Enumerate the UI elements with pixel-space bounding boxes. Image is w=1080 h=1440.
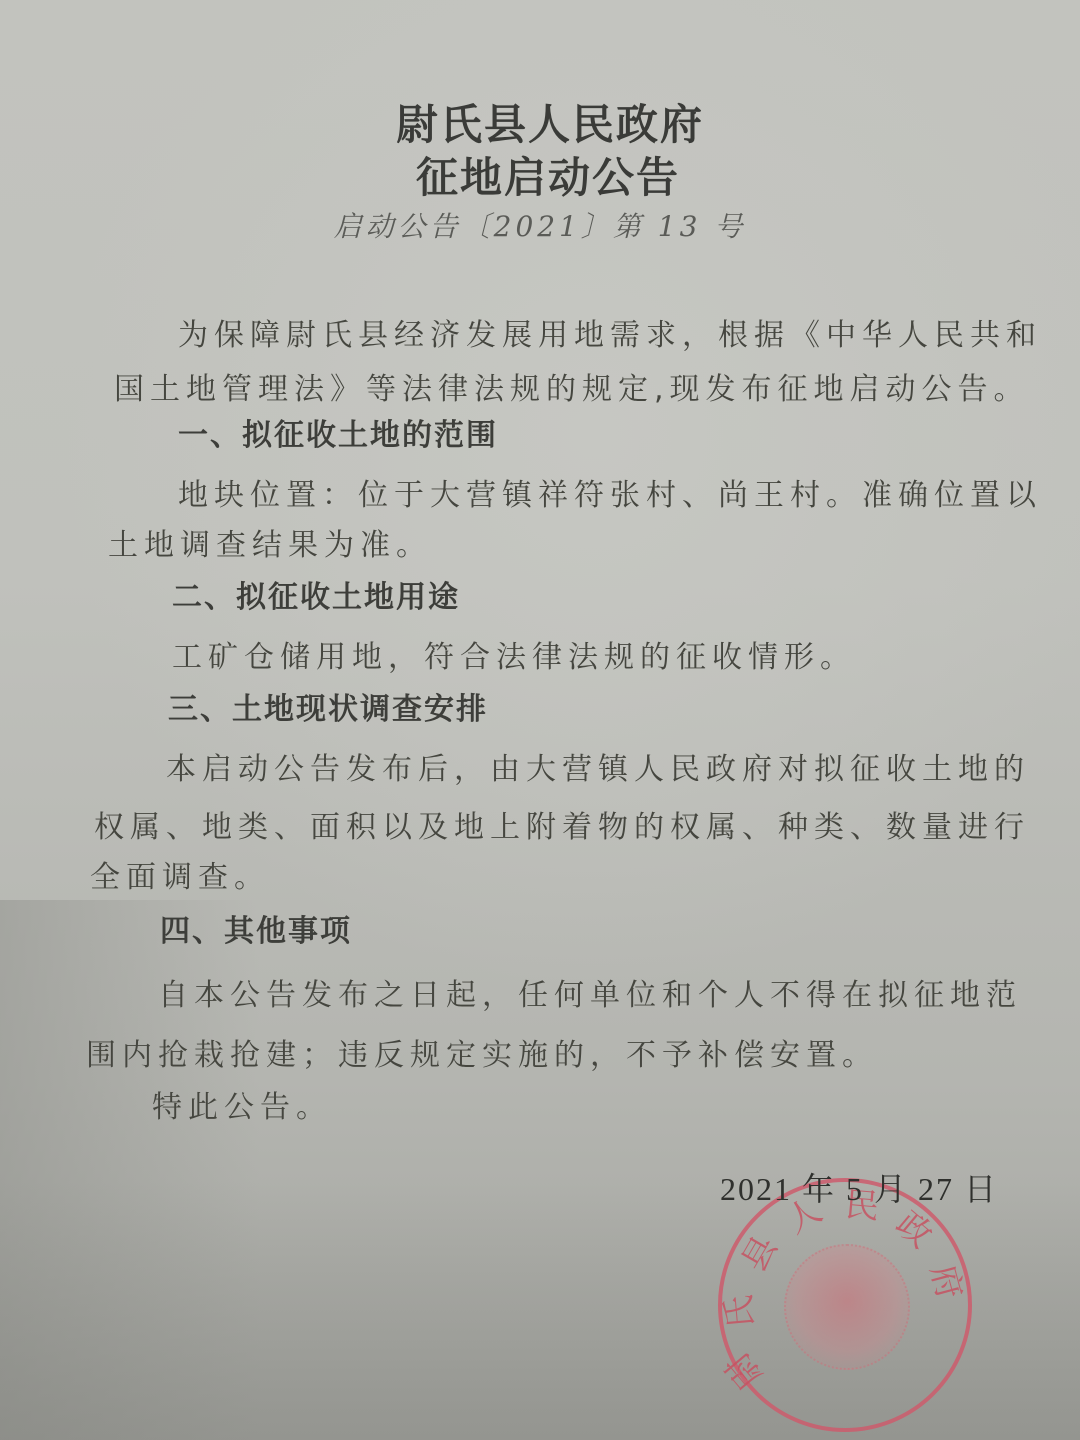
- section-3-line-1: 本启动公告发布后，由大营镇人民政府对拟征收土地的: [166, 752, 1030, 788]
- intro-line-2: 国土地管理法》等法律法规的规定,现发布征地启动公告。: [114, 372, 1030, 408]
- document-title: 征地启动公告: [8, 145, 1080, 205]
- seal-char: 尉: [716, 1342, 772, 1398]
- seal-char: 政: [886, 1202, 942, 1258]
- seal-char: 府: [922, 1258, 971, 1307]
- official-seal: 尉 氏 县 人 民 政 府: [718, 1178, 972, 1432]
- section-4-heading: 四、其他事项: [160, 914, 352, 950]
- section-4-line-1: 自本公告发布之日起，任何单位和个人不得在拟征地范: [158, 978, 1022, 1014]
- section-1-heading: 一、拟征收土地的范围: [178, 418, 498, 454]
- section-3-line-2: 权属、地类、面积以及地上附着物的权属、种类、数量进行: [94, 810, 1030, 846]
- section-4-line-2: 围内抢栽抢建；违反规定实施的，不予补偿安置。: [86, 1038, 878, 1074]
- national-emblem-icon: [784, 1244, 910, 1370]
- section-3-heading: 三、土地现状调查安排: [168, 692, 488, 728]
- issuer-title: 尉氏县人民政府: [10, 92, 1080, 152]
- section-2-line-1: 工矿仓储用地，符合法律法规的征收情形。: [172, 640, 856, 676]
- intro-line-1: 为保障尉氏县经济发展用地需求，根据《中华人民共和: [178, 318, 1042, 354]
- seal-char: 氏: [718, 1290, 761, 1333]
- closing-text: 特此公告。: [152, 1090, 332, 1126]
- seal-char: 县: [733, 1227, 788, 1282]
- section-1-line-2: 土地调查结果为准。: [108, 528, 432, 564]
- document-number: 启动公告〔2021〕第 13 号: [0, 205, 1080, 245]
- section-3-line-3: 全面调查。: [90, 860, 270, 896]
- issue-date: 2021 年 5 月 27 日: [720, 1164, 998, 1210]
- section-2-heading: 二、拟征收土地用途: [172, 580, 460, 616]
- section-1-line-1: 地块位置：位于大营镇祥符张村、尚王村。准确位置以: [178, 478, 1042, 514]
- notice-document: 尉氏县人民政府 征地启动公告 启动公告〔2021〕第 13 号 为保障尉氏县经济…: [0, 0, 1080, 1440]
